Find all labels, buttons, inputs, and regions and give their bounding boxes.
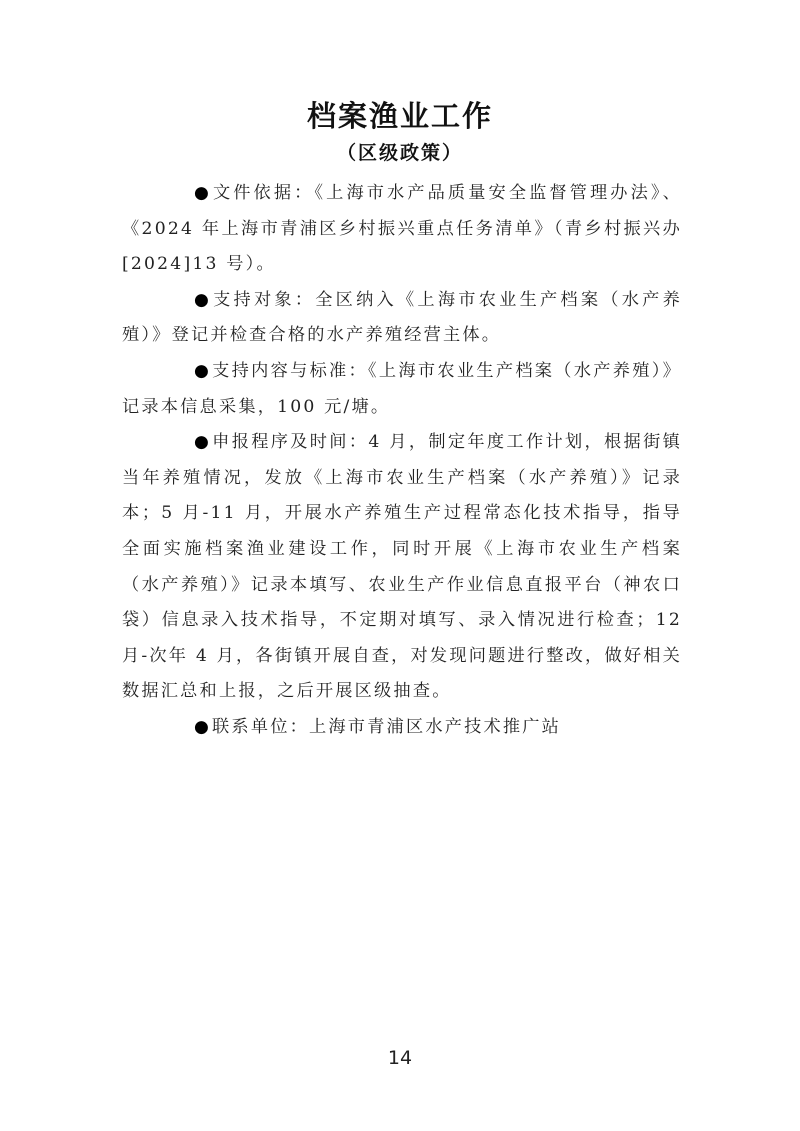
- bullet-icon: ●: [158, 354, 211, 390]
- bullet-icon: ●: [158, 283, 211, 319]
- section-label: 申报程序及时间：: [212, 432, 368, 452]
- policy-body: ●文件依据：《上海市水产品质量安全监督管理办法》、《2024 年上海市青浦区乡村…: [122, 176, 682, 746]
- page-title: 档案渔业工作: [0, 94, 800, 135]
- section-text: 4 月，制定年度工作计划，根据街镇当年养殖情况，发放《上海市农业生产档案（水产养…: [122, 432, 682, 701]
- section-application-procedure: ●申报程序及时间：4 月，制定年度工作计划，根据街镇当年养殖情况，发放《上海市农…: [122, 425, 682, 710]
- section-support-content: ●支持内容与标准：《上海市农业生产档案（水产养殖）》记录本信息采集，100 元/…: [122, 354, 682, 425]
- bullet-icon: ●: [158, 425, 211, 461]
- bullet-icon: ●: [158, 710, 211, 746]
- section-support-target: ●支持对象：全区纳入《上海市农业生产档案（水产养殖）》登记并检查合格的水产养殖经…: [122, 283, 682, 354]
- section-label: 支持对象：: [212, 290, 315, 310]
- document-page: 档案渔业工作 （区级政策） ●文件依据：《上海市水产品质量安全监督管理办法》、《…: [0, 0, 800, 1131]
- section-label: 文件依据：: [212, 183, 314, 203]
- section-text: 上海市青浦区水产技术推广站: [309, 717, 561, 737]
- section-label: 支持内容与标准：: [212, 361, 368, 381]
- section-contact-unit: ●联系单位：上海市青浦区水产技术推广站: [122, 710, 682, 746]
- section-document-basis: ●文件依据：《上海市水产品质量安全监督管理办法》、《2024 年上海市青浦区乡村…: [122, 176, 682, 283]
- page-subtitle: （区级政策）: [0, 138, 800, 165]
- page-number: 14: [0, 1047, 800, 1069]
- bullet-icon: ●: [158, 176, 211, 212]
- section-label: 联系单位：: [212, 717, 309, 737]
